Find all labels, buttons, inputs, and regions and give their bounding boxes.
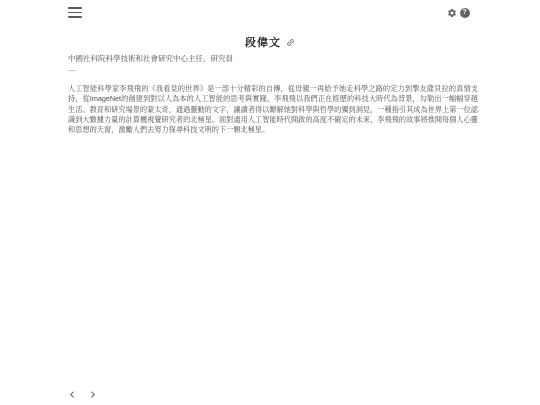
header-actions: ? [446,7,470,18]
page-title: 段偉文 [245,34,281,50]
question-icon: ? [460,8,470,18]
title-link-button[interactable] [286,38,295,47]
link-icon [286,38,295,47]
author-byline: 中國社科院科學技術和社會研究中心主任、研究員 [68,53,478,64]
help-button[interactable]: ? [459,7,470,18]
excerpt-paragraph: 人工智能科學家李飛飛的《我看見的世界》是一部十分精彩的自傳，從母親一再給予她走科… [68,84,478,135]
next-page-button[interactable]: › [87,387,99,402]
page-navigation: ‹ › [66,387,99,402]
separator-dash: — [68,66,76,75]
hamburger-icon [68,16,82,18]
title-row: 段偉文 [0,34,540,50]
chevron-left-icon: ‹ [69,385,75,403]
gear-icon [447,8,457,18]
settings-button[interactable] [446,7,457,18]
hamburger-icon [68,12,82,14]
chevron-right-icon: › [90,385,96,403]
prev-page-button[interactable]: ‹ [66,387,78,402]
reader-page: ? 段偉文 中國社科院科學技術和社會研究中心主任、研究員 — 人工智能科學家李飛… [0,0,540,405]
hamburger-icon [68,7,82,9]
menu-button[interactable] [68,7,82,18]
